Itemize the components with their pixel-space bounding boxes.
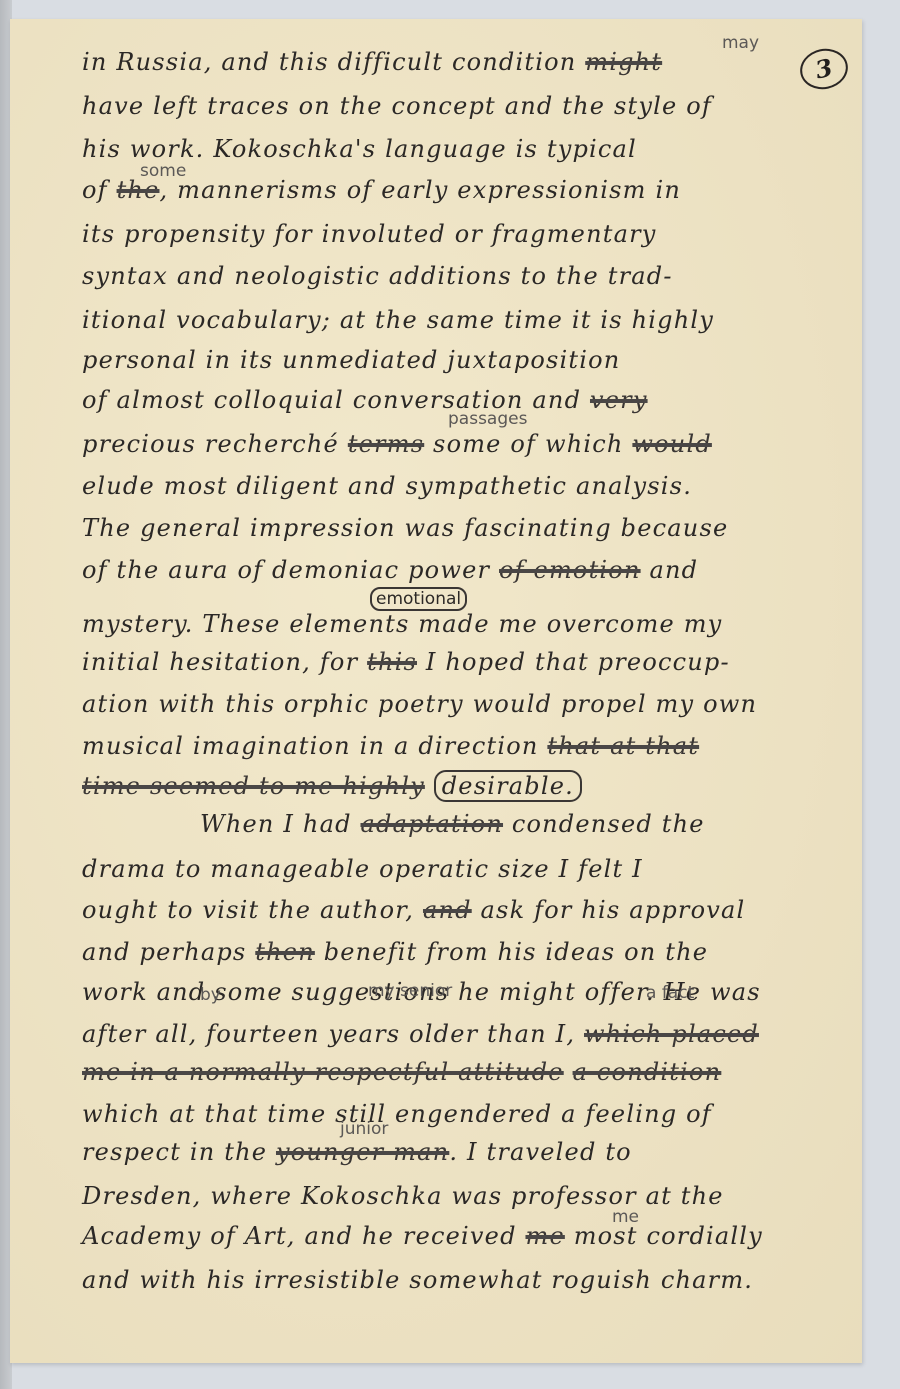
manuscript-line: itional vocabulary; at the same time it … — [82, 305, 714, 335]
manuscript-page: 3 in Russia, and this difficult conditio… — [10, 19, 862, 1363]
line-text-continued: and — [641, 556, 699, 584]
struck-text: that at that — [547, 732, 699, 760]
manuscript-line: drama to manageable operatic size I felt… — [82, 854, 643, 884]
manuscript-line: precious recherché terms some of which w… — [82, 429, 712, 459]
interlinear-insertion: emotional — [370, 587, 467, 611]
line-text-continued: some of which — [424, 430, 623, 458]
interlinear-insertion: me — [612, 1207, 639, 1227]
line-text: his work. Kokoschka's language is typica… — [82, 135, 637, 163]
line-text: and with his irresistible somewhat rogui… — [82, 1266, 753, 1294]
line-text: Academy of Art, and he received — [82, 1222, 517, 1250]
interlinear-insertion: some — [140, 161, 186, 181]
manuscript-line: The general impression was fascinating b… — [82, 513, 728, 543]
manuscript-line: of the aura of demoniac power of emotion… — [82, 555, 698, 585]
manuscript-line: me in a normally respectful attitude a c… — [82, 1057, 721, 1087]
struck-text: time seemed to me highly — [82, 772, 425, 800]
manuscript-line: its propensity for involuted or fragment… — [82, 219, 657, 249]
line-text: its propensity for involuted or fragment… — [82, 220, 657, 248]
line-text: When I had — [200, 810, 352, 838]
line-text: in Russia, and this difficult condition — [82, 48, 576, 76]
line-text: personal in its unmediated juxtaposition — [82, 346, 620, 374]
line-text: respect in the — [82, 1138, 267, 1166]
struck-text: of emotion — [499, 556, 641, 584]
manuscript-line: time seemed to me highly desirable. — [82, 771, 582, 801]
line-text: have left traces on the concept and the … — [82, 92, 712, 120]
manuscript-line: musical imagination in a direction that … — [82, 731, 699, 761]
interlinear-insertion: a fact — [646, 983, 694, 1003]
line-text: Dresden, where Kokoschka was professor a… — [82, 1182, 724, 1210]
line-text: of the aura of demoniac power — [82, 556, 490, 584]
interlinear-insertion: by — [200, 985, 221, 1005]
line-text: syntax and neologistic additions to the … — [82, 262, 673, 290]
manuscript-line: syntax and neologistic additions to the … — [82, 261, 673, 291]
page-number: 3 — [796, 44, 851, 93]
manuscript-line: of almost colloquial conversation and ve… — [82, 385, 648, 415]
line-text: The general impression was fascinating b… — [82, 514, 728, 542]
line-text: ation with this orphic poetry would prop… — [82, 690, 757, 718]
line-text-continued: I hoped that preoccup- — [417, 648, 730, 676]
struck-text: me — [525, 1222, 564, 1250]
line-text: elude most diligent and sympathetic anal… — [82, 472, 692, 500]
line-text: mystery. These elements made me overcome… — [82, 610, 722, 638]
struck-text: might — [585, 48, 662, 76]
struck-text: then — [255, 938, 315, 966]
interlinear-insertion: my senior — [368, 981, 452, 1001]
manuscript-line: ought to visit the author, and ask for h… — [82, 895, 745, 925]
struck-text: terms — [348, 430, 424, 458]
line-text: ought to visit the author, — [82, 896, 414, 924]
line-text-continued: ask for his approval — [472, 896, 746, 924]
line-text: musical imagination in a direction — [82, 732, 539, 760]
interlinear-insertion: passages — [448, 409, 527, 429]
line-text: which at that time still engendered a fe… — [82, 1100, 712, 1128]
manuscript-line: elude most diligent and sympathetic anal… — [82, 471, 692, 501]
manuscript-line: and with his irresistible somewhat rogui… — [82, 1265, 753, 1295]
manuscript-line: respect in the younger man. I traveled t… — [82, 1137, 632, 1167]
manuscript-line: his work. Kokoschka's language is typica… — [82, 134, 637, 164]
line-text: drama to manageable operatic size I felt… — [82, 855, 643, 883]
manuscript-line: Academy of Art, and he received me most … — [82, 1221, 763, 1251]
struck-text: very — [590, 386, 648, 414]
line-text-continued: condensed the — [503, 810, 705, 838]
interlinear-insertion: junior — [340, 1119, 388, 1139]
struck-text: this — [367, 648, 417, 676]
manuscript-line: in Russia, and this difficult condition … — [82, 47, 662, 77]
struck-text: which placed — [584, 1020, 759, 1048]
manuscript-line: have left traces on the concept and the … — [82, 91, 712, 121]
manuscript-line: initial hesitation, for this I hoped tha… — [82, 647, 730, 677]
manuscript-line: When I had adaptation condensed the — [200, 809, 705, 839]
manuscript-line: which at that time still engendered a fe… — [82, 1099, 712, 1129]
boxed-insertion: desirable. — [434, 770, 582, 802]
line-text: itional vocabulary; at the same time it … — [82, 306, 714, 334]
line-text: of — [82, 176, 108, 204]
line-text-continued: , mannerisms of early expressionism in — [159, 176, 681, 204]
struck-text: adaptation — [361, 810, 504, 838]
struck-text: me in a normally respectful attitude — [82, 1058, 564, 1086]
line-text: precious recherché — [82, 430, 339, 458]
line-text: after all, fourteen years older than I, — [82, 1020, 575, 1048]
manuscript-line: after all, fourteen years older than I, … — [82, 1019, 759, 1049]
manuscript-line: mystery. These elements made me overcome… — [82, 609, 722, 639]
line-text-continued: benefit from his ideas on the — [315, 938, 708, 966]
struck-text: would — [632, 430, 712, 458]
line-text: and perhaps — [82, 938, 246, 966]
line-text: initial hesitation, for — [82, 648, 358, 676]
line-text-continued: . I traveled to — [449, 1138, 632, 1166]
struck-text: and — [423, 896, 472, 924]
manuscript-line: personal in its unmediated juxtaposition — [82, 345, 620, 375]
interlinear-insertion: may — [722, 33, 759, 53]
manuscript-line: and perhaps then benefit from his ideas … — [82, 937, 708, 967]
line-text-continued: most cordially — [565, 1222, 763, 1250]
struck-text: a condition — [573, 1058, 722, 1086]
manuscript-line: ation with this orphic poetry would prop… — [82, 689, 757, 719]
struck-text: younger man — [276, 1138, 449, 1166]
